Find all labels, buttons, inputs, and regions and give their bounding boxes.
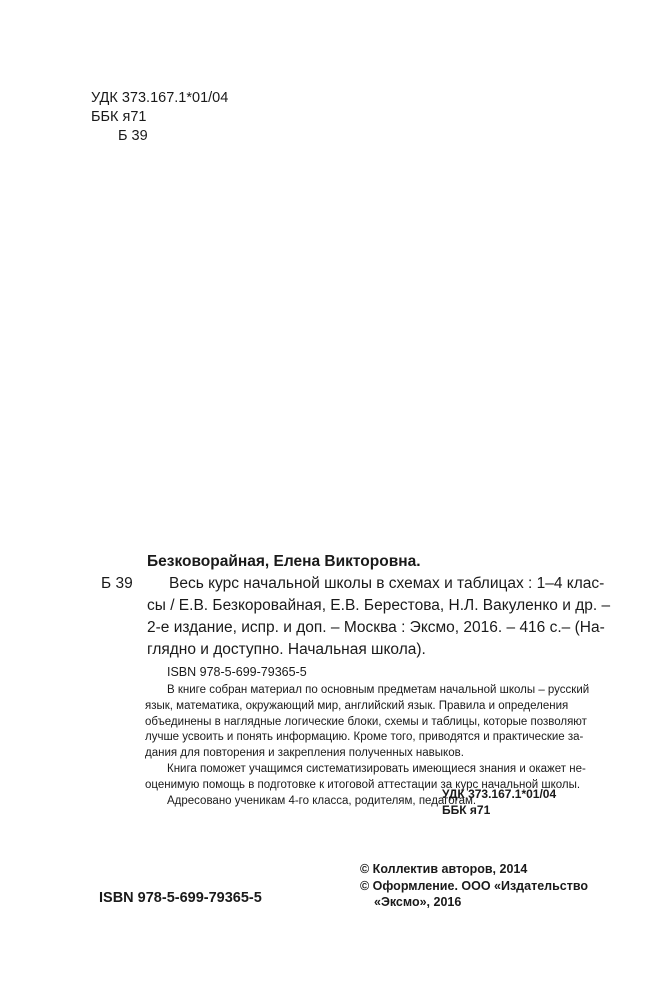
udk-header: УДК 373.167.1*01/04	[91, 89, 228, 108]
record-isbn: ISBN 978-5-699-79365-5	[167, 665, 307, 679]
annotation-line: Книга поможет учащимся систематизировать…	[145, 762, 589, 778]
copyright-design: © Оформление. ООО «Издательство	[360, 879, 588, 893]
record-author: Безковорайная, Елена Викторовна.	[147, 551, 421, 573]
annotation-line: объединены в наглядные логические блоки,…	[145, 715, 589, 731]
footer-isbn: ISBN 978-5-699-79365-5	[99, 890, 262, 906]
record-code: Б 39	[101, 573, 133, 595]
classification-udk: УДК 373.167.1*01/04	[442, 787, 556, 801]
record-line-1: Весь курс начальной школы в схемах и таб…	[169, 573, 604, 595]
record-line-3: 2-е издание, испр. и доп. – Москва : Экс…	[147, 617, 605, 639]
classification-bbk: ББК я71	[442, 803, 490, 817]
copyright-authors: © Коллектив авторов, 2014	[360, 862, 527, 876]
annotation-line: В книге собран материал по основным пред…	[145, 683, 589, 699]
annotation-line: дания для повторения и закрепления получ…	[145, 746, 589, 762]
record-line-4: глядно и доступно. Начальная школа).	[147, 639, 426, 661]
annotation-line: лучше усвоить и понять информацию. Кроме…	[145, 730, 589, 746]
record-line-2: сы / Е.В. Безкоровайная, Е.В. Берестова,…	[147, 595, 610, 617]
copyright-design-cont: «Эксмо», 2016	[374, 895, 461, 909]
bbk-header: ББК я71	[91, 108, 147, 127]
annotation-line: язык, математика, окружающий мир, англий…	[145, 699, 589, 715]
author-code-header: Б 39	[118, 127, 148, 146]
